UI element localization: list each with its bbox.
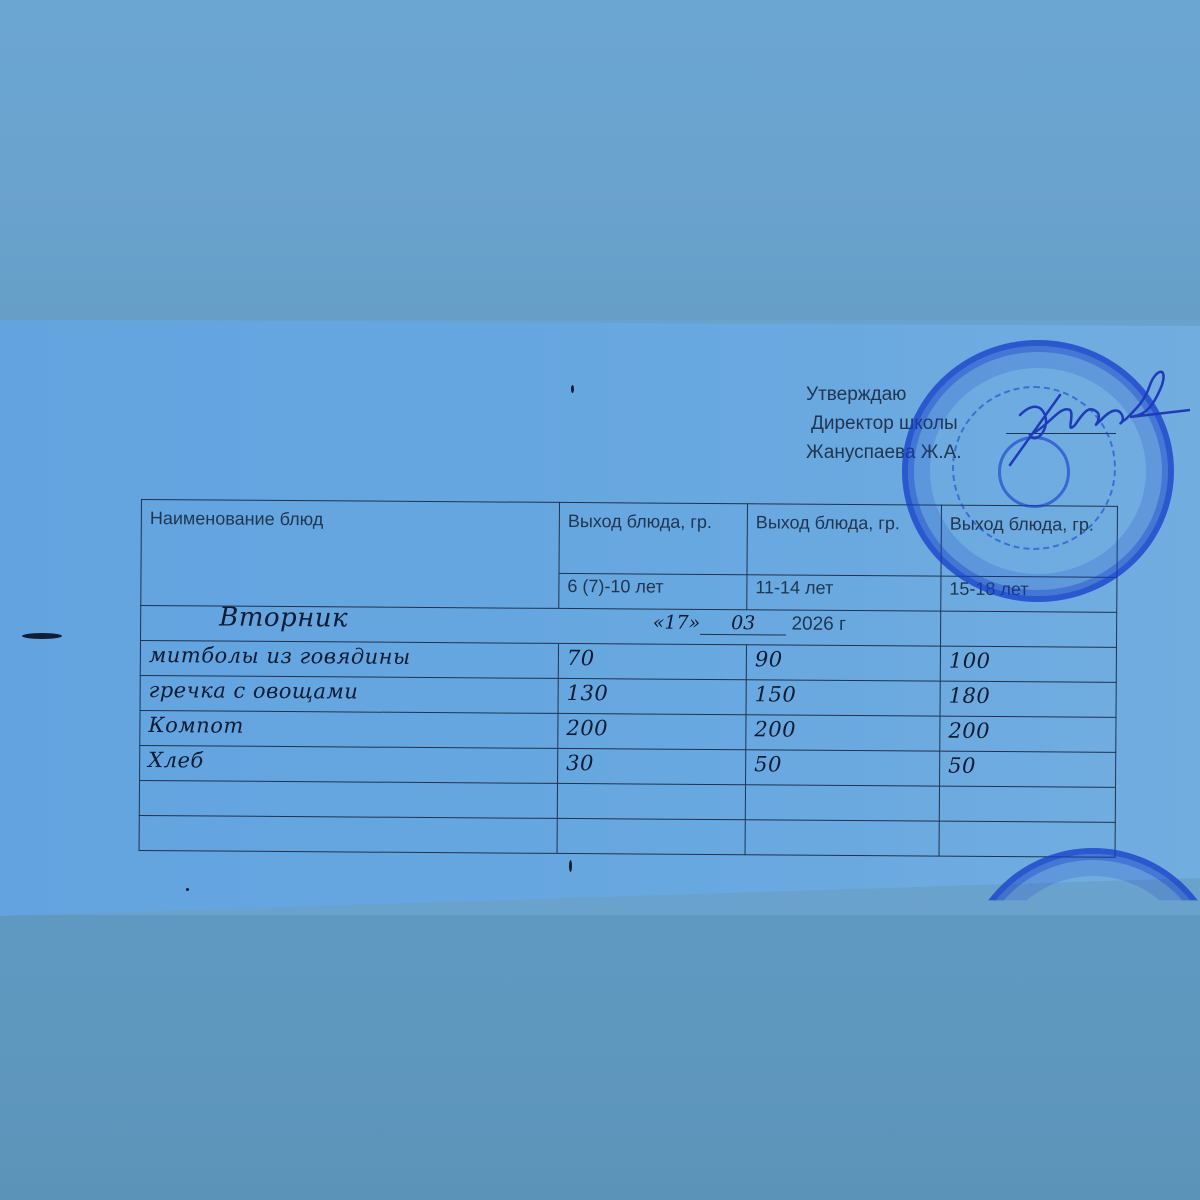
yield-6-10: 200 — [558, 713, 746, 749]
header-yield-col1: Выход блюда, гр. — [559, 502, 747, 574]
signature-icon — [990, 355, 1190, 475]
date-month: 03 — [700, 612, 786, 636]
yield-6-10 — [557, 818, 745, 854]
date-quote-close: » — [689, 612, 701, 634]
header-dish-name: Наименование блюд — [141, 500, 560, 609]
yield-6-10 — [557, 783, 745, 819]
background-top — [0, 0, 1200, 320]
yield-15-18: 180 — [940, 681, 1116, 717]
day-cell: Вторник — [141, 606, 559, 644]
dish-name: Компот — [140, 710, 558, 748]
date-cell: «17»03 2026 г — [559, 608, 941, 646]
dish-name: Хлеб — [140, 745, 558, 783]
yield-15-18: 200 — [940, 716, 1116, 752]
dish-name: гречка с овощами — [140, 675, 558, 713]
yield-11-14: 150 — [746, 680, 940, 716]
day-row-empty — [940, 611, 1116, 647]
yield-11-14: 90 — [746, 645, 940, 681]
age-group-1: 6 (7)-10 лет — [559, 573, 747, 609]
ink-dot — [186, 888, 189, 891]
yield-6-10: 30 — [558, 748, 746, 784]
age-group-2: 11-14 лет — [747, 575, 941, 611]
background-bottom — [0, 915, 1200, 1200]
yield-11-14: 50 — [746, 750, 940, 786]
table-row-empty — [139, 815, 1115, 857]
date-year: 2026 г — [791, 614, 846, 635]
dish-name — [139, 815, 557, 853]
punch-mark — [22, 633, 62, 639]
yield-15-18: 50 — [940, 751, 1116, 787]
yield-11-14 — [745, 820, 939, 856]
yield-6-10: 70 — [558, 643, 746, 679]
date-quote-open: « — [653, 612, 665, 634]
yield-11-14: 200 — [746, 715, 940, 751]
dish-name — [139, 780, 557, 818]
date-day: 17 — [664, 612, 688, 634]
ink-dot — [569, 860, 572, 872]
yield-6-10: 130 — [558, 678, 746, 714]
yield-15-18: 100 — [940, 646, 1116, 682]
ink-dot — [571, 385, 574, 393]
dish-name: митболы из говядины — [140, 641, 558, 679]
yield-11-14 — [745, 785, 939, 821]
day-of-week: Вторник — [149, 602, 348, 633]
yield-15-18 — [939, 786, 1115, 822]
